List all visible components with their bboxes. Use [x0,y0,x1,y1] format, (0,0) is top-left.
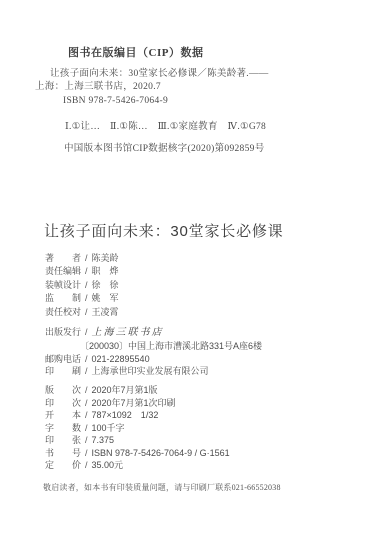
credit-value: 徐 徐 [92,280,119,290]
separator-slash: / [85,354,88,364]
edition-info: 版次/2020年7月第1版 印次/2020年7月第1次印刷 开本/787×109… [45,384,230,472]
credit-value: 姚 军 [92,293,119,303]
edition-row-format: 开本/787×1092 1/32 [45,409,230,422]
publisher-label: 出版发行 [45,326,81,339]
separator-slash: / [85,366,88,376]
edition-value: 787×1092 1/32 [92,410,159,420]
reader-notice: 敬启读者，如本书有印装质量问题，请与印刷厂联系021-66552038 [43,482,281,493]
cip-entry-line1: 让孩子面向未来：30堂家长必修课／陈美龄著.—— [35,68,269,81]
publisher-row: 出版发行/上海三联书店 [45,326,262,340]
edition-row-wordcount: 字数/100千字 [45,422,230,435]
edition-value: 35.00元 [92,460,124,470]
edition-row-printing: 印次/2020年7月第1次印刷 [45,397,230,410]
phone-label: 邮购电话 [45,353,81,366]
edition-value: ISBN 978-7-5426-7064-9 / G·1561 [92,448,230,458]
cip-header: 图书在版编目（CIP）数据 [68,44,203,60]
edition-label: 书号 [45,447,81,460]
separator-slash: / [85,293,88,303]
edition-row-sheets: 印张/7.375 [45,434,230,447]
edition-label: 版次 [45,384,81,397]
credits-list: 著者/陈美龄 责任编辑/职 烨 装帧设计/徐 徐 监制/姚 军 责任校对/王凌霄 [45,252,119,319]
edition-label: 印次 [45,397,81,410]
edition-label: 开本 [45,409,81,422]
edition-value: 7.375 [92,435,115,445]
cip-entry: 让孩子面向未来：30堂家长必修课／陈美龄著.—— 上海：上海三联书店，2020.… [35,68,269,108]
credit-label: 著者 [45,252,81,265]
publishing-info: 出版发行/上海三联书店 〔200030〕中国上海市漕溪北路331号A座6楼 邮购… [45,326,262,378]
cip-isbn-line: ISBN 978-7-5426-7064-9 [35,95,269,108]
credit-row-supervisor: 监制/姚 军 [45,292,119,305]
edition-label: 定价 [45,459,81,472]
credit-row-author: 著者/陈美龄 [45,252,119,265]
separator-slash: / [85,448,88,458]
printer-row: 印刷/上海承世印实业发展有限公司 [45,365,262,378]
cip-entry-line2: 上海：上海三联书店，2020.7 [35,81,269,94]
credit-label: 责任编辑 [45,265,81,278]
separator-slash: / [85,398,88,408]
credit-value: 陈美龄 [92,253,119,263]
edition-value: 2020年7月第1版 [92,385,158,395]
edition-row-edition: 版次/2020年7月第1版 [45,384,230,397]
publisher-logotype: 上海三联书店 [92,327,164,338]
phone-number: 021-22895540 [92,354,150,364]
separator-slash: / [85,460,88,470]
edition-label: 印张 [45,434,81,447]
credit-value: 王凌霄 [92,307,119,317]
credit-row-proofreader: 责任校对/王凌霄 [45,306,119,319]
credit-label: 责任校对 [45,306,81,319]
edition-label: 字数 [45,422,81,435]
edition-row-isbn: 书号/ISBN 978-7-5426-7064-9 / G·1561 [45,447,230,460]
credit-label: 监制 [45,292,81,305]
edition-row-price: 定价/35.00元 [45,459,230,472]
edition-value: 2020年7月第1次印刷 [92,398,176,408]
cip-classification: Ⅰ.①让… Ⅱ.①陈… Ⅲ.①家庭教育 Ⅳ.①G78 [65,118,266,132]
separator-slash: / [85,385,88,395]
separator-slash: / [85,327,88,337]
edition-value: 100千字 [92,423,125,433]
phone-row: 邮购电话/021-22895540 [45,353,262,366]
printer-name: 上海承世印实业发展有限公司 [92,366,209,376]
copyright-page: 图书在版编目（CIP）数据 让孩子面向未来：30堂家长必修课／陈美龄著.—— 上… [0,0,375,533]
printer-label: 印刷 [45,365,81,378]
credit-label: 装帧设计 [45,279,81,292]
separator-slash: / [85,280,88,290]
separator-slash: / [85,435,88,445]
cip-record-number: 中国版本图书馆CIP数据核字(2020)第092859号 [64,140,265,154]
separator-slash: / [85,266,88,276]
separator-slash: / [85,307,88,317]
credit-value: 职 烨 [92,266,119,276]
separator-slash: / [85,410,88,420]
credit-row-designer: 装帧设计/徐 徐 [45,279,119,292]
book-title: 让孩子面向未来：30堂家长必修课 [44,220,284,241]
publisher-address: 〔200030〕中国上海市漕溪北路331号A座6楼 [45,340,262,353]
separator-slash: / [85,253,88,263]
credit-row-editor: 责任编辑/职 烨 [45,265,119,278]
separator-slash: / [85,423,88,433]
